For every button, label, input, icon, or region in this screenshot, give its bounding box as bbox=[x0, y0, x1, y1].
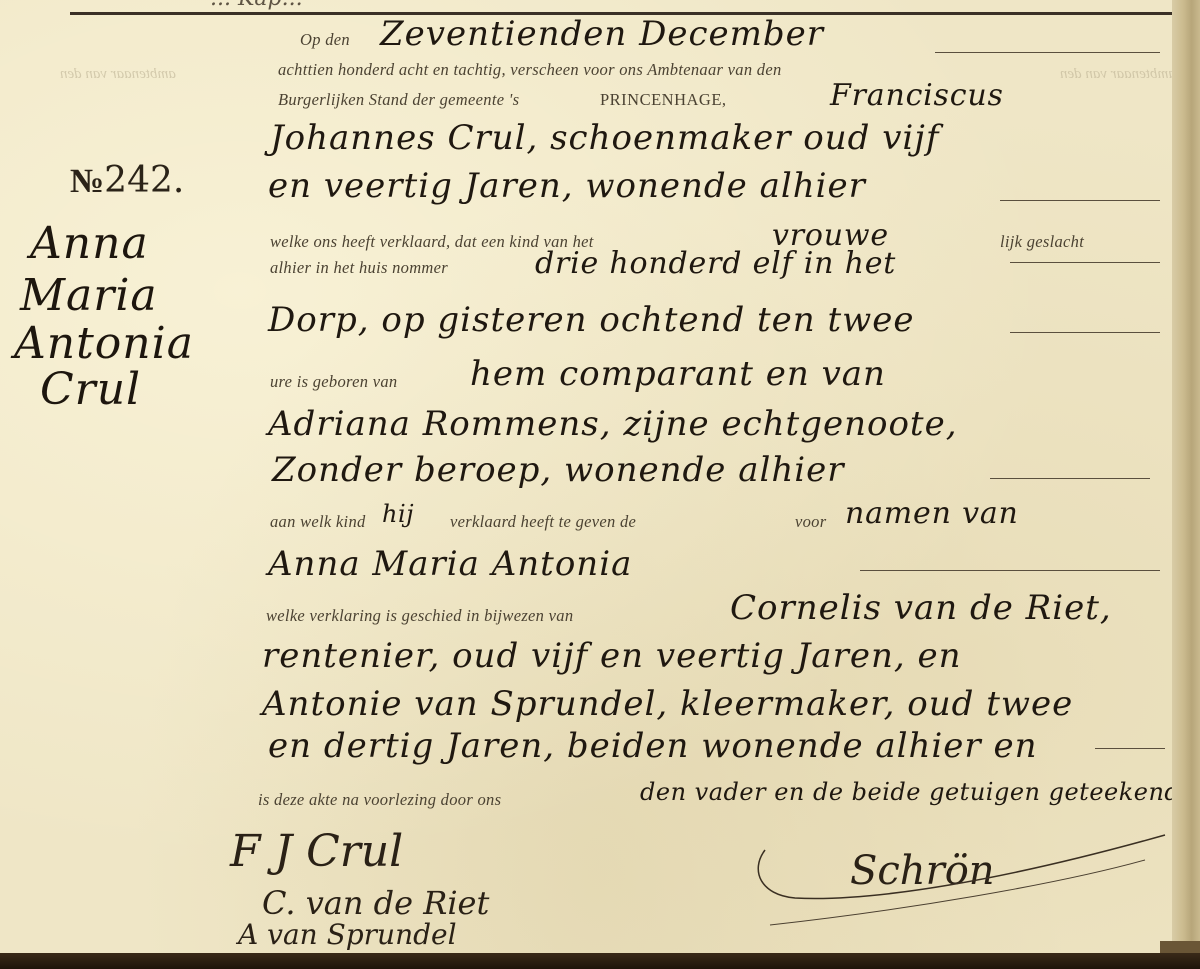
printed-declared-give: verklaard heeft te geven de bbox=[450, 512, 636, 532]
mother-name: Adriana Rommens, zijne echtgenoote, bbox=[268, 404, 958, 444]
names-of: namen van bbox=[845, 496, 1019, 531]
printed-house-number: alhier in het huis nommer bbox=[270, 258, 448, 278]
margin-name-third: Antonia bbox=[14, 318, 194, 369]
fill-line bbox=[1000, 200, 1160, 201]
fill-line bbox=[935, 52, 1160, 53]
father-first-name: Franciscus bbox=[830, 78, 1004, 113]
signature-witness-1: C. van de Riet bbox=[262, 884, 489, 922]
margin-name-second: Maria bbox=[20, 270, 158, 321]
book-binding bbox=[1172, 0, 1200, 969]
official-signature-flourish bbox=[755, 830, 1175, 930]
declarant-pronoun: hij bbox=[382, 500, 414, 528]
record-number-value: 242 bbox=[104, 160, 173, 201]
book-corner bbox=[1160, 941, 1200, 953]
printed-year-line: achttien honderd acht en tachtig, versch… bbox=[278, 60, 782, 80]
fill-line bbox=[1010, 332, 1160, 333]
witness-1-name: Cornelis van de Riet, bbox=[730, 588, 1112, 628]
witness-2-name-occupation: Antonie van Sprundel, kleermaker, oud tw… bbox=[262, 684, 1073, 724]
fill-line bbox=[1010, 262, 1160, 263]
witness-2-age-residence: en dertig Jaren, beiden wonende alhier e… bbox=[268, 726, 1038, 766]
record-number: №242. bbox=[70, 160, 184, 201]
fill-line bbox=[1095, 748, 1165, 749]
register-page: ... Kap... ambtenaar van den ambtenaar v… bbox=[0, 0, 1200, 969]
fill-line bbox=[860, 570, 1160, 571]
printed-to-which-child: aan welk kind bbox=[270, 512, 366, 532]
bleed-through-text: ambtenaar van den bbox=[60, 66, 176, 83]
printed-voor: voor bbox=[795, 512, 826, 532]
signed-by: den vader en de beide getuigen geteekend bbox=[640, 778, 1180, 806]
signature-witness-2: A van Sprundel bbox=[238, 918, 457, 951]
book-bottom-edge bbox=[0, 953, 1200, 969]
previous-entry-scrawl: ... Kap... bbox=[210, 0, 303, 11]
margin-name-first: Anna bbox=[30, 218, 149, 269]
printed-witnesses: welke verklaring is geschied in bijwezen… bbox=[266, 606, 573, 626]
child-given-names: Anna Maria Antonia bbox=[268, 544, 632, 584]
printed-read-signed: is deze akte na voorlezing door ons bbox=[258, 790, 501, 810]
number-sign: № bbox=[70, 163, 104, 200]
signature-father: F J Crul bbox=[230, 826, 403, 877]
father-name-occupation: Johannes Crul, schoenmaker oud vijf bbox=[270, 118, 939, 158]
printed-geslacht: lijk geslacht bbox=[1000, 232, 1084, 252]
born-of-handwritten: hem comparant en van bbox=[470, 354, 886, 394]
mother-occupation-residence: Zonder beroep, wonende alhier bbox=[272, 450, 845, 490]
fill-line bbox=[990, 478, 1150, 479]
printed-op-den: Op den bbox=[300, 30, 350, 50]
municipality-name: PRINCENHAGE, bbox=[600, 90, 727, 110]
printed-burgerlijke-stand: Burgerlijken Stand der gemeente 's bbox=[278, 90, 519, 110]
margin-surname: Crul bbox=[40, 364, 141, 415]
house-number: drie honderd elf in het bbox=[535, 246, 896, 281]
printed-born-of: ure is geboren van bbox=[270, 372, 397, 392]
bleed-through-text-right: ambtenaar van den bbox=[1060, 66, 1176, 83]
father-age-residence: en veertig Jaren, wonende alhier bbox=[268, 166, 866, 206]
handwritten-date: Zeventienden December bbox=[380, 14, 824, 54]
birth-location-time: Dorp, op gisteren ochtend ten twee bbox=[268, 300, 915, 340]
witness-1-details: rentenier, oud vijf en veertig Jaren, en bbox=[262, 636, 961, 676]
